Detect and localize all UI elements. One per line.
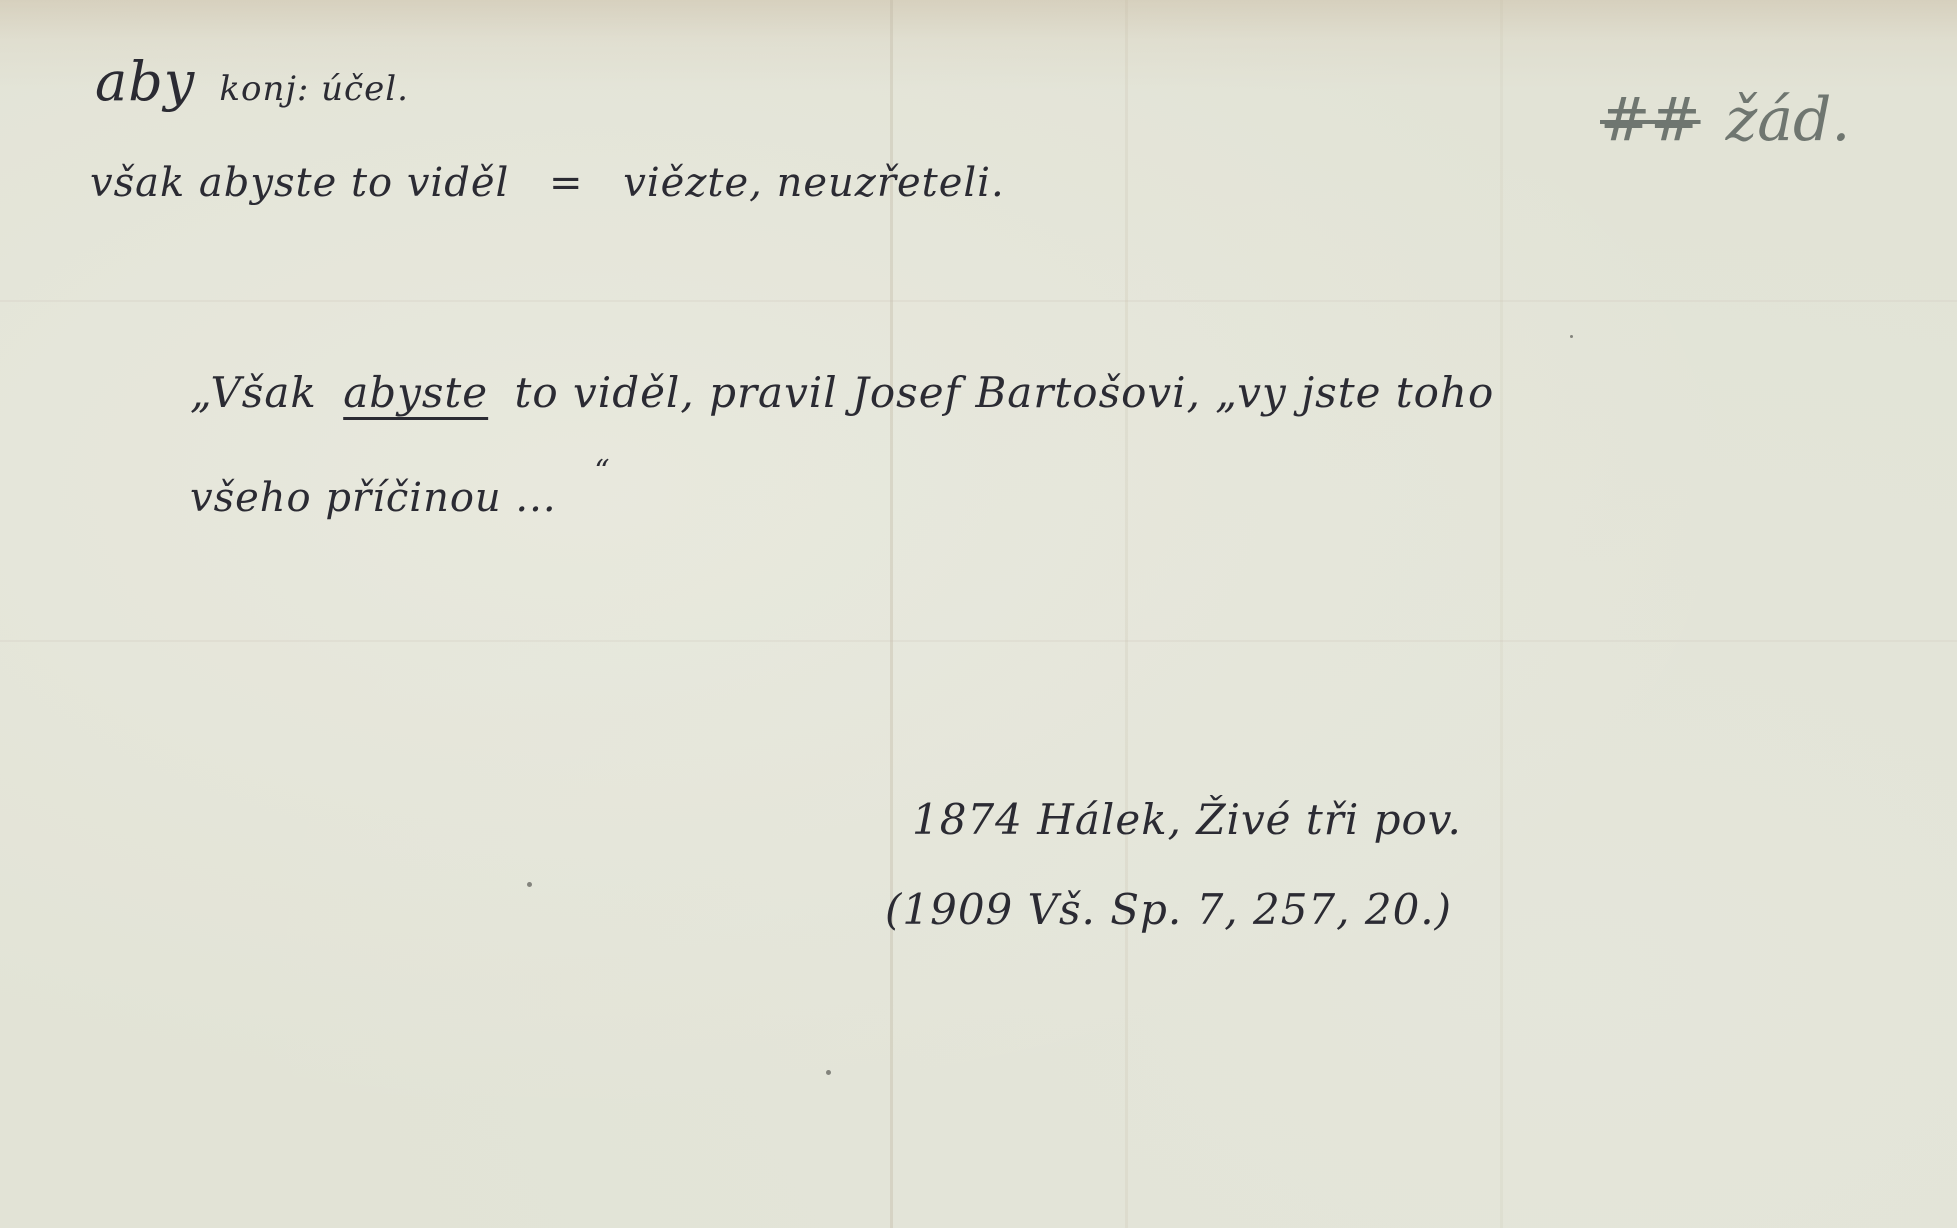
underlined-headword: abyste [343, 368, 488, 417]
quotation-text-before: Však [210, 368, 316, 417]
source-line-1: 1874 Hálek, Živé tři pov. [912, 795, 1462, 844]
category-mark: ## žád. [1600, 85, 1851, 155]
quotation-continuation: všeho příčinou ... [190, 475, 557, 521]
open-quote: „ [190, 368, 210, 417]
paper-fold-line [1500, 0, 1503, 1228]
definition-line: však abyste to viděl = viězte, neuzřetel… [90, 160, 1005, 206]
paper-crease [0, 300, 1957, 302]
definition-phrase: však abyste to viděl [90, 160, 509, 206]
headword: aby [95, 50, 195, 113]
quotation-line-1: „Však abyste to viděl, pravil Josef Bart… [190, 368, 1494, 417]
source-line-2: (1909 Vš. Sp. 7, 257, 20.) [885, 885, 1452, 934]
paper-crease [0, 640, 1957, 642]
crossed-out-mark: ## [1600, 85, 1701, 155]
paper-fold-line [1125, 0, 1128, 1228]
index-card: aby konj: účel. však abyste to viděl = v… [0, 0, 1957, 1228]
ink-speck [527, 882, 532, 887]
definition-gloss: viězte, neuzřeteli. [623, 160, 1004, 206]
close-quote: “ [594, 454, 610, 489]
equals-sign: = [549, 160, 584, 206]
ink-speck [826, 1070, 831, 1075]
grammar-note: konj: účel. [219, 69, 409, 109]
ink-speck [1570, 335, 1573, 338]
headword-line: aby konj: účel. [95, 50, 409, 113]
quotation-line-2: všeho příčinou ... “ [190, 475, 611, 521]
quotation-text-after: to viděl, pravil Josef Bartošovi, „vy js… [515, 368, 1495, 417]
category-label: žád. [1726, 85, 1851, 155]
